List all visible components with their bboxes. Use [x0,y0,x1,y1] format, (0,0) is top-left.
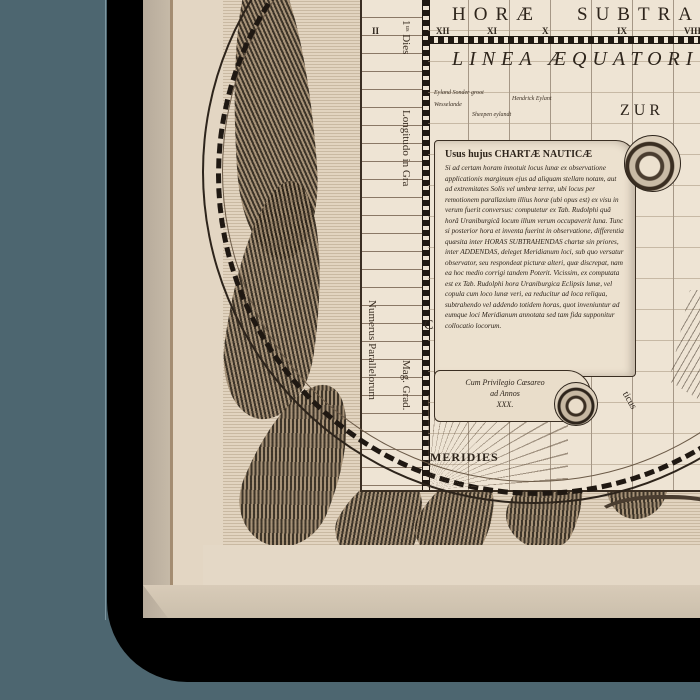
paper-bottom-margin [203,545,700,585]
scroll-roll-curl [624,135,681,192]
canvas-bottom-edge [143,585,700,618]
canvas-side-edge [143,0,173,618]
privilege-text: Cum Privilegio Cæsareo ad Annos XXX. [445,377,565,410]
cartouche-text: Si ad certam horam innotuit locus lunæ e… [445,163,625,331]
meridies-label: MERIDIES [430,450,499,465]
privilege-scroll-curl [554,382,598,426]
privilege-line-2: ad Annos [445,388,565,399]
privilege-line-3: XXX. [445,399,565,410]
privilege-line-1: Cum Privilegio Cæsareo [445,377,565,388]
paper-margin [173,0,223,585]
usage-cartouche-scroll: Usus hujus CHARTÆ NAUTICÆ Si ad certam h… [434,140,636,377]
canvas-face: 1ᵘˢ Dies Longitudo in Gra Numerus Parall… [173,0,700,585]
cartouche-title: Usus hujus CHARTÆ NAUTICÆ [445,149,592,160]
shadow-edge-line [105,0,108,620]
canvas-print: 1ᵘˢ Dies Longitudo in Gra Numerus Parall… [143,0,700,618]
nautical-chart: 1ᵘˢ Dies Longitudo in Gra Numerus Parall… [360,0,700,492]
